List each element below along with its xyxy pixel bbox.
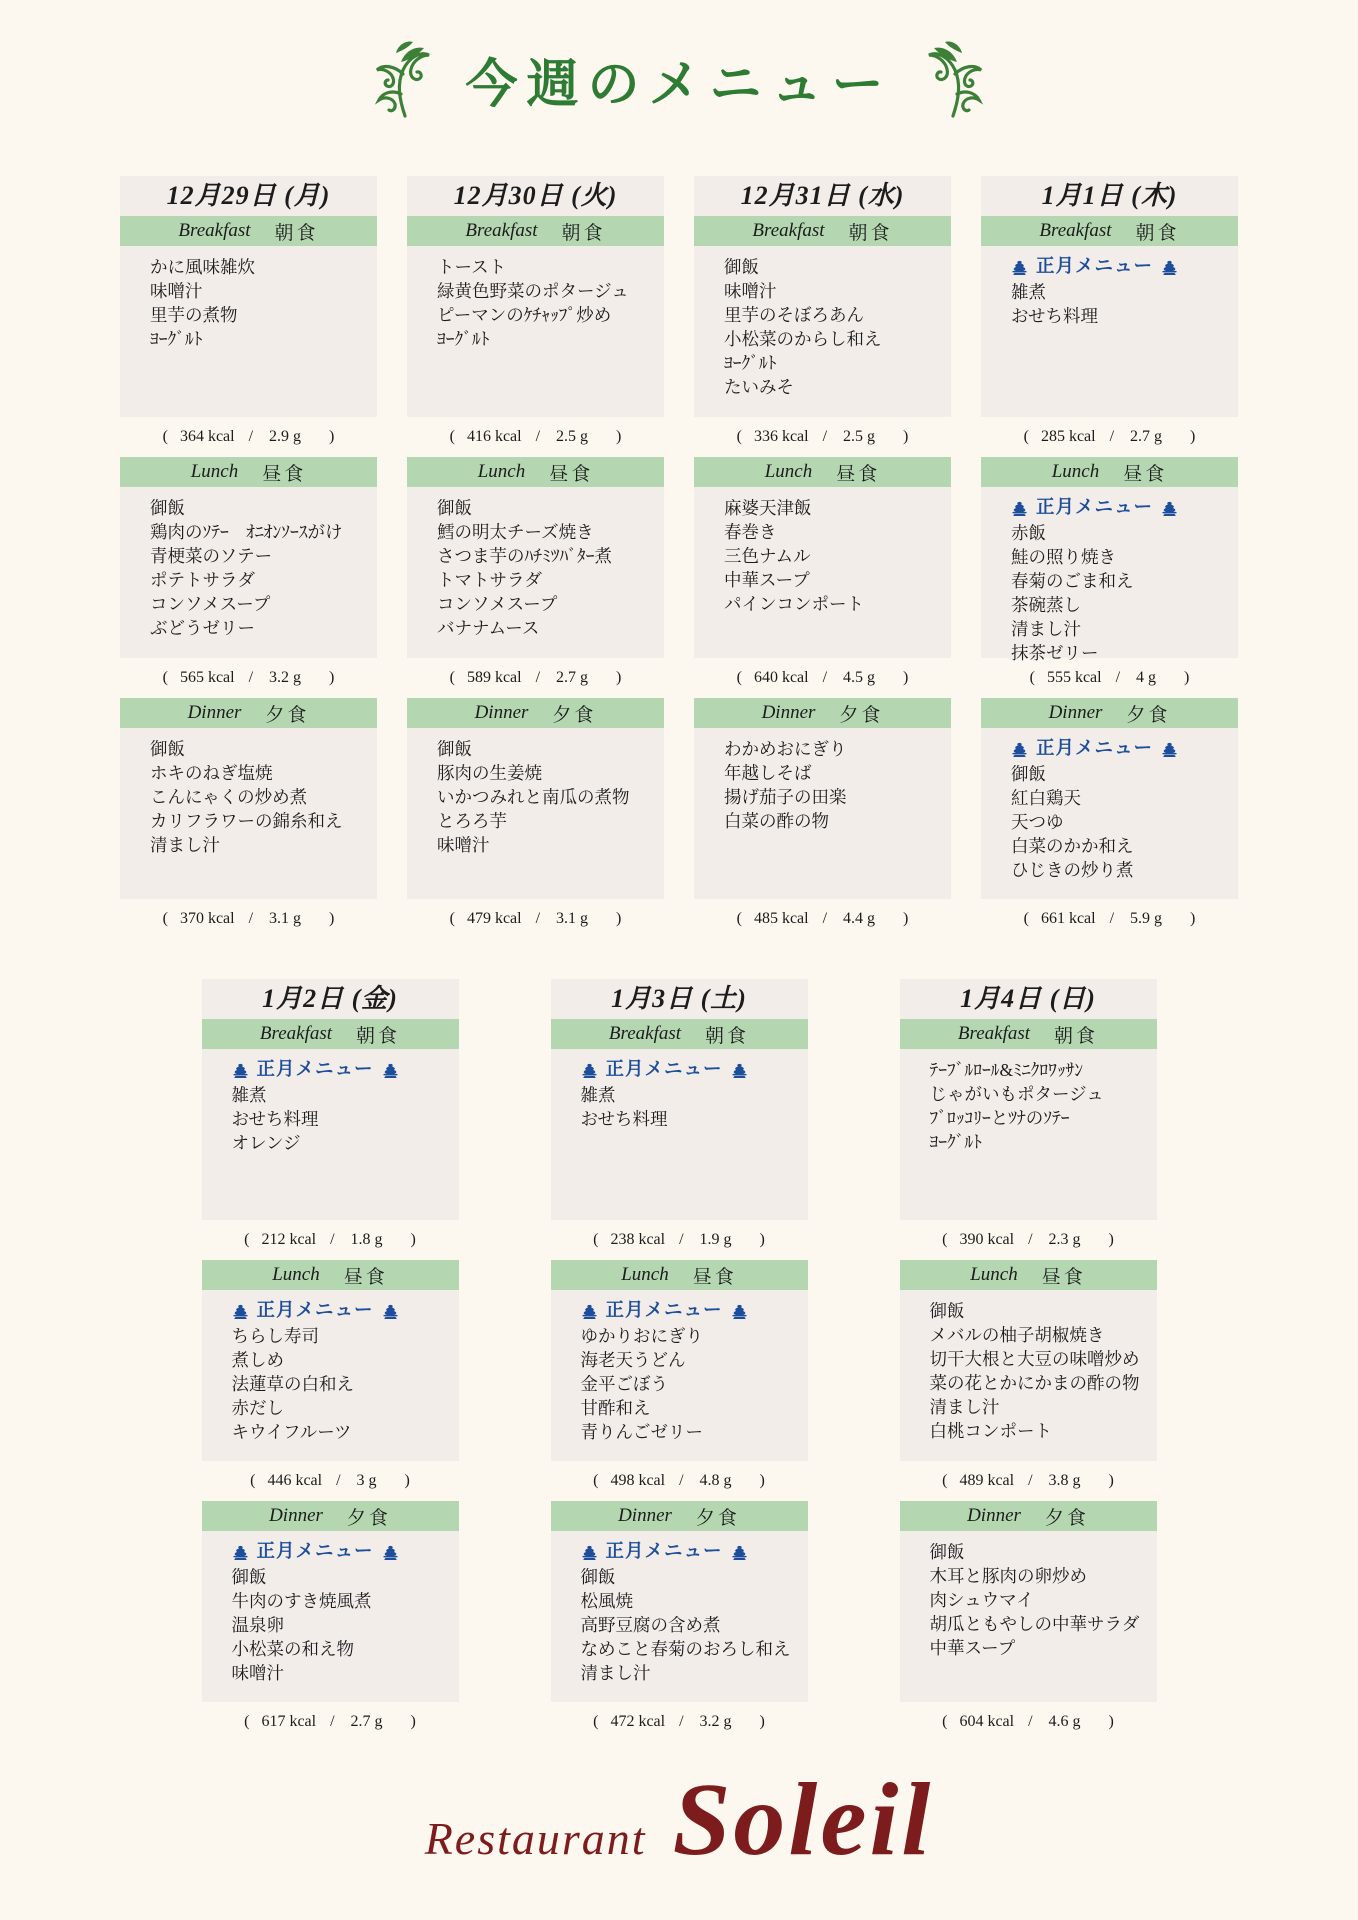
meal-label-en: Lunch <box>621 1264 669 1286</box>
meal-label-ja: 昼食 <box>1042 1262 1086 1289</box>
restaurant-word: Restaurant <box>425 1812 647 1865</box>
meal-header: Dinner 夕食 <box>981 698 1238 728</box>
paren-open: ( <box>942 1472 947 1490</box>
meal-items: 御飯ホキのねぎ塩焼こんにゃくの炒め煮カリフラワーの錦糸和え清まし汁 <box>120 728 377 899</box>
menu-item: キウイフルーツ <box>232 1420 453 1444</box>
kagami-mochi-icon <box>232 1545 249 1560</box>
menu-item: 雑煮 <box>232 1083 453 1107</box>
shogatsu-text: 正月メニュー <box>257 1058 374 1083</box>
week-row-1: 12月29日 (月) Breakfast 朝食 かに風味雑炊味噌汁里芋の煮物ﾖｰ… <box>0 176 1358 939</box>
menu-item: 御飯 <box>930 1540 1151 1564</box>
meal-section: Breakfast 朝食 正月メニュー 雑煮おせち料理オレンジ ( 212 kc… <box>202 1019 459 1260</box>
meal-label-en: Lunch <box>970 1264 1018 1286</box>
meal-label-ja: 朝食 <box>356 1021 400 1048</box>
shogatsu-text: 正月メニュー <box>606 1299 723 1324</box>
meal-header: Dinner 夕食 <box>120 698 377 728</box>
slash: / <box>336 1472 340 1490</box>
menu-item: ゆかりおにぎり <box>581 1324 802 1348</box>
kagami-mochi-icon <box>731 1545 748 1560</box>
meal-section: Breakfast 朝食 御飯味噌汁里芋のそぼろあん小松菜のからし和えﾖｰｸﾞﾙ… <box>694 216 951 457</box>
kagami-mochi-icon <box>1161 742 1178 757</box>
meal-header: Lunch 昼食 <box>407 457 664 487</box>
meal-nutrition: ( 390 kcal / 2.3 g ) <box>900 1220 1157 1260</box>
paren-open: ( <box>593 1713 598 1731</box>
paren-open: ( <box>1024 428 1029 446</box>
meal-items: 正月メニュー 雑煮おせち料理 <box>551 1049 808 1220</box>
restaurant-name: Soleil <box>673 1768 934 1872</box>
meal-nutrition: ( 285 kcal / 2.7 g ) <box>981 417 1238 457</box>
weekly-menu-page: 今週のメニュー 12月29日 (月) Breakfast 朝食 かに風味雑炊味噌… <box>0 0 1358 1920</box>
menu-item: こんにゃくの炒め煮 <box>150 785 371 809</box>
paren-close: ) <box>760 1472 765 1490</box>
meal-salt-value: 3 g <box>357 1472 377 1490</box>
menu-item: じゃがいもポタージュ <box>930 1082 1151 1106</box>
meal-nutrition: ( 336 kcal / 2.5 g ) <box>694 417 951 457</box>
meal-label-en: Lunch <box>1052 461 1100 483</box>
slash: / <box>679 1231 683 1249</box>
meal-nutrition: ( 589 kcal / 2.7 g ) <box>407 658 664 698</box>
meal-label-en: Dinner <box>618 1505 672 1527</box>
meal-salt-value: 3.2 g <box>269 669 301 687</box>
meal-header: Breakfast 朝食 <box>900 1019 1157 1049</box>
shogatsu-menu-label: 正月メニュー <box>232 1299 453 1324</box>
restaurant-signature: Restaurant Soleil <box>0 1768 1358 1872</box>
meal-label-ja: 夕食 <box>552 700 596 727</box>
slash: / <box>330 1231 334 1249</box>
day-card: 1月2日 (金) Breakfast 朝食 正月メニュー 雑煮おせち料理オレンジ… <box>202 979 459 1742</box>
menu-item: カリフラワーの錦糸和え <box>150 809 371 833</box>
meal-section: Dinner 夕食 御飯豚肉の生姜焼いかつみれと南瓜の煮物とろろ芋味噌汁 ( 4… <box>407 698 664 939</box>
meal-label-ja: 朝食 <box>705 1021 749 1048</box>
meal-label-ja: 夕食 <box>265 700 309 727</box>
menu-item: いかつみれと南瓜の煮物 <box>437 785 658 809</box>
menu-item: なめこと春菊のおろし和え <box>581 1637 802 1661</box>
meal-salt-value: 3.2 g <box>700 1713 732 1731</box>
meal-salt-value: 3.8 g <box>1049 1472 1081 1490</box>
menu-item: 御飯 <box>150 496 371 520</box>
meal-label-ja: 昼食 <box>1123 459 1167 486</box>
slash: / <box>1110 910 1114 928</box>
menu-item: 揚げ茄子の田楽 <box>724 785 945 809</box>
menu-item: ﾖｰｸﾞﾙﾄ <box>930 1130 1151 1154</box>
menu-item: バナナムース <box>437 616 658 640</box>
paren-close: ) <box>1190 910 1195 928</box>
slash: / <box>1116 669 1120 687</box>
meal-items: トースト緑黄色野菜のポタージュピーマンのｹﾁｬｯﾌﾟ炒めﾖｰｸﾞﾙﾄ <box>407 246 664 417</box>
menu-item: 御飯 <box>232 1565 453 1589</box>
menu-item: 麻婆天津飯 <box>724 496 945 520</box>
paren-close: ) <box>903 428 908 446</box>
paren-close: ) <box>903 669 908 687</box>
meal-kcal-value: 589 kcal <box>467 669 522 687</box>
meal-nutrition: ( 498 kcal / 4.8 g ) <box>551 1461 808 1501</box>
meal-section: Dinner 夕食 正月メニュー 御飯松風焼高野豆腐の含め煮なめこと春菊のおろし… <box>551 1501 808 1742</box>
menu-item: おせち料理 <box>581 1107 802 1131</box>
slash: / <box>679 1472 683 1490</box>
menu-item: 春菊のごま和え <box>1011 569 1232 593</box>
meal-nutrition: ( 489 kcal / 3.8 g ) <box>900 1461 1157 1501</box>
kagami-mochi-icon <box>1161 260 1178 275</box>
menu-item: 雑煮 <box>581 1083 802 1107</box>
menu-item: さつま芋のﾊﾁﾐﾂﾊﾞﾀｰ煮 <box>437 544 658 568</box>
kagami-mochi-icon <box>581 1063 598 1078</box>
paren-close: ) <box>329 428 334 446</box>
paren-open: ( <box>737 669 742 687</box>
menu-item: 年越しそば <box>724 761 945 785</box>
meal-salt-value: 2.7 g <box>1130 428 1162 446</box>
meal-header: Dinner 夕食 <box>202 1501 459 1531</box>
meal-kcal-value: 640 kcal <box>754 669 809 687</box>
meal-header: Breakfast 朝食 <box>551 1019 808 1049</box>
meal-label-en: Dinner <box>967 1505 1021 1527</box>
meal-label-en: Breakfast <box>178 220 250 242</box>
menu-item: 中華スープ <box>724 568 945 592</box>
meal-items: 正月メニュー 御飯牛肉のすき焼風煮温泉卵小松菜の和え物味噌汁 <box>202 1531 459 1702</box>
paren-open: ( <box>450 669 455 687</box>
shogatsu-text: 正月メニュー <box>1036 255 1153 280</box>
slash: / <box>536 428 540 446</box>
meal-label-ja: 夕食 <box>839 700 883 727</box>
meal-label-en: Dinner <box>1049 702 1103 724</box>
menu-item: ホキのねぎ塩焼 <box>150 761 371 785</box>
paren-open: ( <box>737 428 742 446</box>
meal-salt-value: 2.5 g <box>556 428 588 446</box>
paren-close: ) <box>329 910 334 928</box>
meal-nutrition: ( 364 kcal / 2.9 g ) <box>120 417 377 457</box>
meal-label-ja: 夕食 <box>1126 700 1170 727</box>
meal-label-ja: 昼食 <box>262 459 306 486</box>
meal-label-ja: 昼食 <box>549 459 593 486</box>
menu-item: わかめおにぎり <box>724 737 945 761</box>
menu-item: 小松菜の和え物 <box>232 1637 453 1661</box>
shogatsu-menu-label: 正月メニュー <box>232 1058 453 1083</box>
paren-open: ( <box>450 910 455 928</box>
meal-salt-value: 1.8 g <box>351 1231 383 1249</box>
slash: / <box>1110 428 1114 446</box>
menu-item: 甘酢和え <box>581 1396 802 1420</box>
meal-label-en: Lunch <box>272 1264 320 1286</box>
menu-item: 法蓮草の白和え <box>232 1372 453 1396</box>
menu-item: 松風焼 <box>581 1589 802 1613</box>
meal-label-ja: 夕食 <box>1045 1503 1089 1530</box>
menu-item: 木耳と豚肉の卵炒め <box>930 1564 1151 1588</box>
shogatsu-menu-label: 正月メニュー <box>581 1299 802 1324</box>
meal-items: ﾃｰﾌﾞﾙﾛｰﾙ&ﾐﾆｸﾛﾜｯｻﾝじゃがいもポタージュﾌﾞﾛｯｺﾘｰとﾂﾅのｿﾃ… <box>900 1049 1157 1220</box>
meal-label-en: Dinner <box>475 702 529 724</box>
kagami-mochi-icon <box>1011 260 1028 275</box>
paren-open: ( <box>737 910 742 928</box>
meal-label-ja: 昼食 <box>693 1262 737 1289</box>
paren-close: ) <box>411 1231 416 1249</box>
menu-item: ﾖｰｸﾞﾙﾄ <box>150 327 371 351</box>
meal-header: Dinner 夕食 <box>900 1501 1157 1531</box>
menu-item: ちらし寿司 <box>232 1324 453 1348</box>
shogatsu-menu-label: 正月メニュー <box>232 1540 453 1565</box>
menu-item: 清まし汁 <box>1011 617 1232 641</box>
meal-section: Lunch 昼食 御飯鶏肉のｿﾃｰ ｵﾆｵﾝｿｰｽがけ青梗菜のソテーポテトサラダ… <box>120 457 377 698</box>
meal-label-ja: 朝食 <box>275 218 319 245</box>
shogatsu-menu-label: 正月メニュー <box>1011 496 1232 521</box>
day-card: 12月30日 (火) Breakfast 朝食 トースト緑黄色野菜のポタージュピ… <box>407 176 664 939</box>
meal-items: 御飯鶏肉のｿﾃｰ ｵﾆｵﾝｿｰｽがけ青梗菜のソテーポテトサラダコンソメスープぶど… <box>120 487 377 658</box>
menu-item: 赤飯 <box>1011 521 1232 545</box>
meal-label-en: Breakfast <box>1039 220 1111 242</box>
paren-open: ( <box>942 1231 947 1249</box>
meal-nutrition: ( 661 kcal / 5.9 g ) <box>981 899 1238 939</box>
menu-item: トースト <box>437 255 658 279</box>
meal-nutrition: ( 617 kcal / 2.7 g ) <box>202 1702 459 1742</box>
meal-kcal-value: 565 kcal <box>180 669 235 687</box>
meal-section: Breakfast 朝食 ﾃｰﾌﾞﾙﾛｰﾙ&ﾐﾆｸﾛﾜｯｻﾝじゃがいもポタージュ… <box>900 1019 1157 1260</box>
meal-kcal-value: 661 kcal <box>1041 910 1096 928</box>
shogatsu-text: 正月メニュー <box>257 1299 374 1324</box>
menu-item: 白桃コンポート <box>930 1419 1151 1443</box>
menu-item: 胡瓜ともやしの中華サラダ <box>930 1612 1151 1636</box>
shogatsu-menu-label: 正月メニュー <box>581 1540 802 1565</box>
menu-item: 御飯 <box>724 255 945 279</box>
meal-items: わかめおにぎり年越しそば揚げ茄子の田楽白菜の酢の物 <box>694 728 951 899</box>
meal-nutrition: ( 238 kcal / 1.9 g ) <box>551 1220 808 1260</box>
meal-label-en: Dinner <box>269 1505 323 1527</box>
meal-header: Dinner 夕食 <box>551 1501 808 1531</box>
menu-item: 御飯 <box>150 737 371 761</box>
meal-salt-value: 3.1 g <box>269 910 301 928</box>
meal-salt-value: 4.8 g <box>700 1472 732 1490</box>
meal-salt-value: 4.6 g <box>1049 1713 1081 1731</box>
paren-open: ( <box>1024 910 1029 928</box>
meal-kcal-value: 212 kcal <box>261 1231 316 1249</box>
menu-item: 清まし汁 <box>150 833 371 857</box>
menu-item: おせち料理 <box>232 1107 453 1131</box>
meal-label-en: Dinner <box>762 702 816 724</box>
menu-item: 青りんごゼリー <box>581 1420 802 1444</box>
day-date: 1月1日 (木) <box>981 176 1238 216</box>
paren-close: ) <box>411 1713 416 1731</box>
paren-close: ) <box>1109 1713 1114 1731</box>
meal-section: Lunch 昼食 御飯メバルの柚子胡椒焼き切干大根と大豆の味噌炒め菜の花とかにか… <box>900 1260 1157 1501</box>
menu-item: 肉シュウマイ <box>930 1588 1151 1612</box>
meal-section: Breakfast 朝食 かに風味雑炊味噌汁里芋の煮物ﾖｰｸﾞﾙﾄ ( 364 … <box>120 216 377 457</box>
meal-label-ja: 朝食 <box>1054 1021 1098 1048</box>
menu-item: 御飯 <box>437 737 658 761</box>
meal-header: Lunch 昼食 <box>202 1260 459 1290</box>
slash: / <box>823 910 827 928</box>
menu-item: 茶碗蒸し <box>1011 593 1232 617</box>
meal-kcal-value: 446 kcal <box>267 1472 322 1490</box>
meal-label-en: Breakfast <box>609 1023 681 1045</box>
meal-nutrition: ( 555 kcal / 4 g ) <box>981 658 1238 698</box>
paren-close: ) <box>760 1231 765 1249</box>
shogatsu-text: 正月メニュー <box>606 1058 723 1083</box>
menu-item: ぶどうゼリー <box>150 616 371 640</box>
day-card: 1月1日 (木) Breakfast 朝食 正月メニュー 雑煮おせち料理 ( 2… <box>981 176 1238 939</box>
meal-salt-value: 2.5 g <box>843 428 875 446</box>
menu-item: 鱈の明太チーズ焼き <box>437 520 658 544</box>
meal-kcal-value: 555 kcal <box>1047 669 1102 687</box>
meal-label-en: Lunch <box>765 461 813 483</box>
meal-header: Breakfast 朝食 <box>981 216 1238 246</box>
menu-item: コンソメスープ <box>437 592 658 616</box>
menu-item: 中華スープ <box>930 1636 1151 1660</box>
slash: / <box>1028 1472 1032 1490</box>
meal-label-en: Lunch <box>191 461 239 483</box>
menu-item: メバルの柚子胡椒焼き <box>930 1323 1151 1347</box>
meal-section: Dinner 夕食 御飯ホキのねぎ塩焼こんにゃくの炒め煮カリフラワーの錦糸和え清… <box>120 698 377 939</box>
paren-close: ) <box>405 1472 410 1490</box>
meal-kcal-value: 370 kcal <box>180 910 235 928</box>
meal-salt-value: 1.9 g <box>700 1231 732 1249</box>
shogatsu-menu-label: 正月メニュー <box>1011 255 1232 280</box>
meal-header: Breakfast 朝食 <box>694 216 951 246</box>
meal-items: 正月メニュー 御飯紅白鶏天天つゆ白菜のかか和えひじきの炒り煮 <box>981 728 1238 899</box>
meal-section: Dinner 夕食 わかめおにぎり年越しそば揚げ茄子の田楽白菜の酢の物 ( 48… <box>694 698 951 939</box>
menu-item: ピーマンのｹﾁｬｯﾌﾟ炒め <box>437 303 658 327</box>
kagami-mochi-icon <box>382 1063 399 1078</box>
menu-item: とろろ芋 <box>437 809 658 833</box>
day-card: 1月4日 (日) Breakfast 朝食 ﾃｰﾌﾞﾙﾛｰﾙ&ﾐﾆｸﾛﾜｯｻﾝじ… <box>900 979 1157 1742</box>
menu-item: かに風味雑炊 <box>150 255 371 279</box>
meal-items: 正月メニュー 雑煮おせち料理 <box>981 246 1238 417</box>
menu-item: 豚肉の生姜焼 <box>437 761 658 785</box>
meal-label-en: Breakfast <box>958 1023 1030 1045</box>
day-date: 1月2日 (金) <box>202 979 459 1019</box>
meal-items: 正月メニュー ちらし寿司煮しめ法蓮草の白和え赤だしキウイフルーツ <box>202 1290 459 1461</box>
menu-item: 里芋の煮物 <box>150 303 371 327</box>
paren-close: ) <box>616 428 621 446</box>
menu-item: 白菜のかか和え <box>1011 834 1232 858</box>
slash: / <box>823 428 827 446</box>
meal-kcal-value: 390 kcal <box>959 1231 1014 1249</box>
paren-open: ( <box>163 669 168 687</box>
meal-section: Lunch 昼食 麻婆天津飯春巻き三色ナムル中華スープパインコンポート ( 64… <box>694 457 951 698</box>
meal-salt-value: 2.7 g <box>556 669 588 687</box>
kagami-mochi-icon <box>382 1304 399 1319</box>
meal-nutrition: ( 565 kcal / 3.2 g ) <box>120 658 377 698</box>
day-date: 12月31日 (水) <box>694 176 951 216</box>
menu-item: 海老天うどん <box>581 1348 802 1372</box>
menu-item: ﾌﾞﾛｯｺﾘｰとﾂﾅのｿﾃｰ <box>930 1106 1151 1130</box>
paren-close: ) <box>329 669 334 687</box>
meal-kcal-value: 604 kcal <box>959 1713 1014 1731</box>
day-date: 12月30日 (火) <box>407 176 664 216</box>
page-title: 今週のメニュー <box>465 42 892 117</box>
meal-kcal-value: 472 kcal <box>610 1713 665 1731</box>
meal-kcal-value: 479 kcal <box>467 910 522 928</box>
kagami-mochi-icon <box>232 1304 249 1319</box>
meal-header: Breakfast 朝食 <box>407 216 664 246</box>
slash: / <box>1028 1231 1032 1249</box>
meal-nutrition: ( 212 kcal / 1.8 g ) <box>202 1220 459 1260</box>
meal-items: 正月メニュー ゆかりおにぎり海老天うどん金平ごぼう甘酢和え青りんごゼリー <box>551 1290 808 1461</box>
paren-open: ( <box>163 910 168 928</box>
meal-label-en: Lunch <box>478 461 526 483</box>
meal-section: Breakfast 朝食 トースト緑黄色野菜のポタージュピーマンのｹﾁｬｯﾌﾟ炒… <box>407 216 664 457</box>
menu-item: 金平ごぼう <box>581 1372 802 1396</box>
meal-nutrition: ( 604 kcal / 4.6 g ) <box>900 1702 1157 1742</box>
slash: / <box>679 1713 683 1731</box>
menu-item: 白菜の酢の物 <box>724 809 945 833</box>
paren-close: ) <box>903 910 908 928</box>
meal-header: Lunch 昼食 <box>120 457 377 487</box>
menu-item: 緑黄色野菜のポタージュ <box>437 279 658 303</box>
menu-item: トマトサラダ <box>437 568 658 592</box>
menu-item: 味噌汁 <box>232 1661 453 1685</box>
menu-item: 煮しめ <box>232 1348 453 1372</box>
meal-salt-value: 3.1 g <box>556 910 588 928</box>
meal-salt-value: 4.5 g <box>843 669 875 687</box>
menu-item: パインコンポート <box>724 592 945 616</box>
meal-items: 正月メニュー 御飯松風焼高野豆腐の含め煮なめこと春菊のおろし和え清まし汁 <box>551 1531 808 1702</box>
meal-label-en: Dinner <box>188 702 242 724</box>
menu-item: 里芋のそぼろあん <box>724 303 945 327</box>
kagami-mochi-icon <box>1011 742 1028 757</box>
kagami-mochi-icon <box>382 1545 399 1560</box>
menu-item: 清まし汁 <box>930 1395 1151 1419</box>
meal-nutrition: ( 479 kcal / 3.1 g ) <box>407 899 664 939</box>
menu-item: 御飯 <box>1011 762 1232 786</box>
paren-close: ) <box>1190 428 1195 446</box>
menu-item: ﾖｰｸﾞﾙﾄ <box>724 351 945 375</box>
meal-nutrition: ( 472 kcal / 3.2 g ) <box>551 1702 808 1742</box>
paren-close: ) <box>616 669 621 687</box>
meal-label-ja: 朝食 <box>562 218 606 245</box>
menu-item: 春巻き <box>724 520 945 544</box>
meal-salt-value: 4.4 g <box>843 910 875 928</box>
menu-item: ﾖｰｸﾞﾙﾄ <box>437 327 658 351</box>
kagami-mochi-icon <box>581 1304 598 1319</box>
day-card: 12月29日 (月) Breakfast 朝食 かに風味雑炊味噌汁里芋の煮物ﾖｰ… <box>120 176 377 939</box>
meal-kcal-value: 498 kcal <box>610 1472 665 1490</box>
meal-header: Lunch 昼食 <box>900 1260 1157 1290</box>
menu-item: 御飯 <box>437 496 658 520</box>
menu-item: 三色ナムル <box>724 544 945 568</box>
meal-section: Lunch 昼食 正月メニュー 赤飯鮭の照り焼き春菊のごま和え茶碗蒸し清まし汁抹… <box>981 457 1238 698</box>
meal-header: Lunch 昼食 <box>981 457 1238 487</box>
menu-item: 鶏肉のｿﾃｰ ｵﾆｵﾝｿｰｽがけ <box>150 520 371 544</box>
paren-open: ( <box>450 428 455 446</box>
paren-open: ( <box>163 428 168 446</box>
shogatsu-text: 正月メニュー <box>1036 737 1153 762</box>
meal-label-ja: 朝食 <box>1136 218 1180 245</box>
day-card: 1月3日 (土) Breakfast 朝食 正月メニュー 雑煮おせち料理 ( 2… <box>551 979 808 1742</box>
meal-label-ja: 夕食 <box>696 1503 740 1530</box>
meal-header: Dinner 夕食 <box>694 698 951 728</box>
paren-close: ) <box>616 910 621 928</box>
menu-item: 切干大根と大豆の味噌炒め <box>930 1347 1151 1371</box>
meal-kcal-value: 285 kcal <box>1041 428 1096 446</box>
paren-open: ( <box>942 1713 947 1731</box>
slash: / <box>1028 1713 1032 1731</box>
day-date: 1月4日 (日) <box>900 979 1157 1019</box>
meal-header: Dinner 夕食 <box>407 698 664 728</box>
meal-section: Lunch 昼食 御飯鱈の明太チーズ焼きさつま芋のﾊﾁﾐﾂﾊﾞﾀｰ煮トマトサラダ… <box>407 457 664 698</box>
meal-section: Dinner 夕食 正月メニュー 御飯牛肉のすき焼風煮温泉卵小松菜の和え物味噌汁… <box>202 1501 459 1742</box>
shogatsu-text: 正月メニュー <box>606 1540 723 1565</box>
menu-item: たいみそ <box>724 375 945 399</box>
meal-label-en: Breakfast <box>465 220 537 242</box>
shogatsu-text: 正月メニュー <box>257 1540 374 1565</box>
day-card: 12月31日 (水) Breakfast 朝食 御飯味噌汁里芋のそぼろあん小松菜… <box>694 176 951 939</box>
meal-kcal-value: 364 kcal <box>180 428 235 446</box>
meal-label-ja: 昼食 <box>836 459 880 486</box>
meal-items: 麻婆天津飯春巻き三色ナムル中華スープパインコンポート <box>694 487 951 658</box>
kagami-mochi-icon <box>1011 501 1028 516</box>
meal-header: Lunch 昼食 <box>551 1260 808 1290</box>
meal-salt-value: 2.3 g <box>1049 1231 1081 1249</box>
paren-open: ( <box>1030 669 1035 687</box>
paren-open: ( <box>244 1713 249 1731</box>
slash: / <box>249 669 253 687</box>
